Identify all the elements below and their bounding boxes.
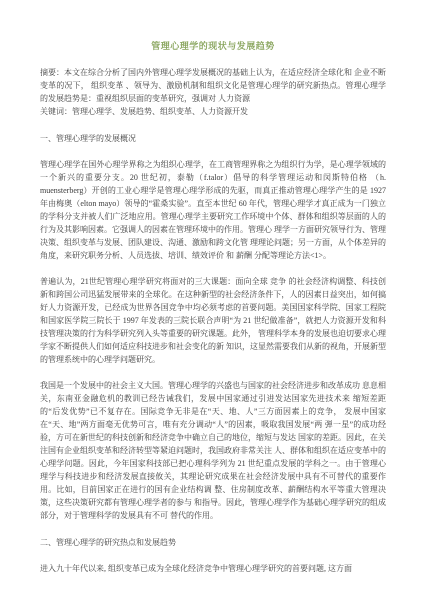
document-page: 管理心理学的现状与发展趋势 摘要：本文在综合分析了国内外管理心理学发展概况的基础… bbox=[0, 0, 424, 600]
section-2-heading: 二、管理心理学的研究热点和发展趋势 bbox=[40, 536, 386, 549]
section-1-heading: 一、管理心理学的发展概况 bbox=[40, 132, 386, 145]
section-1-paragraph-3: 我国是一个发展中的社会主义大国。管理心理学的兴盛也与国家的社会经济进步和改革成功… bbox=[40, 379, 386, 522]
section-1-paragraph-1: 管理心理学在国外心理学界称之为组织心理学，在工商管理界称之为组织行为学，是心理学… bbox=[40, 158, 386, 262]
keywords-line: 关键词：管理心理学、发展趋势、组织变革、人力资源开发 bbox=[40, 105, 386, 118]
abstract-paragraph: 摘要：本文在综合分析了国内外管理心理学发展概况的基础上认为，在适应经济全球化和 … bbox=[40, 66, 386, 105]
section-1-paragraph-2: 普遍认为，21世纪管理心理学研究将面对的三大课题：面向全球 竞争 的社会经济构调… bbox=[40, 275, 386, 366]
doc-title: 管理心理学的现状与发展趋势 bbox=[40, 40, 386, 53]
section-2-paragraph-1: 进入九十年代以来, 组织变革已成为全球化经济竞争中管理心理学研究的首要问题, 这… bbox=[40, 562, 386, 575]
